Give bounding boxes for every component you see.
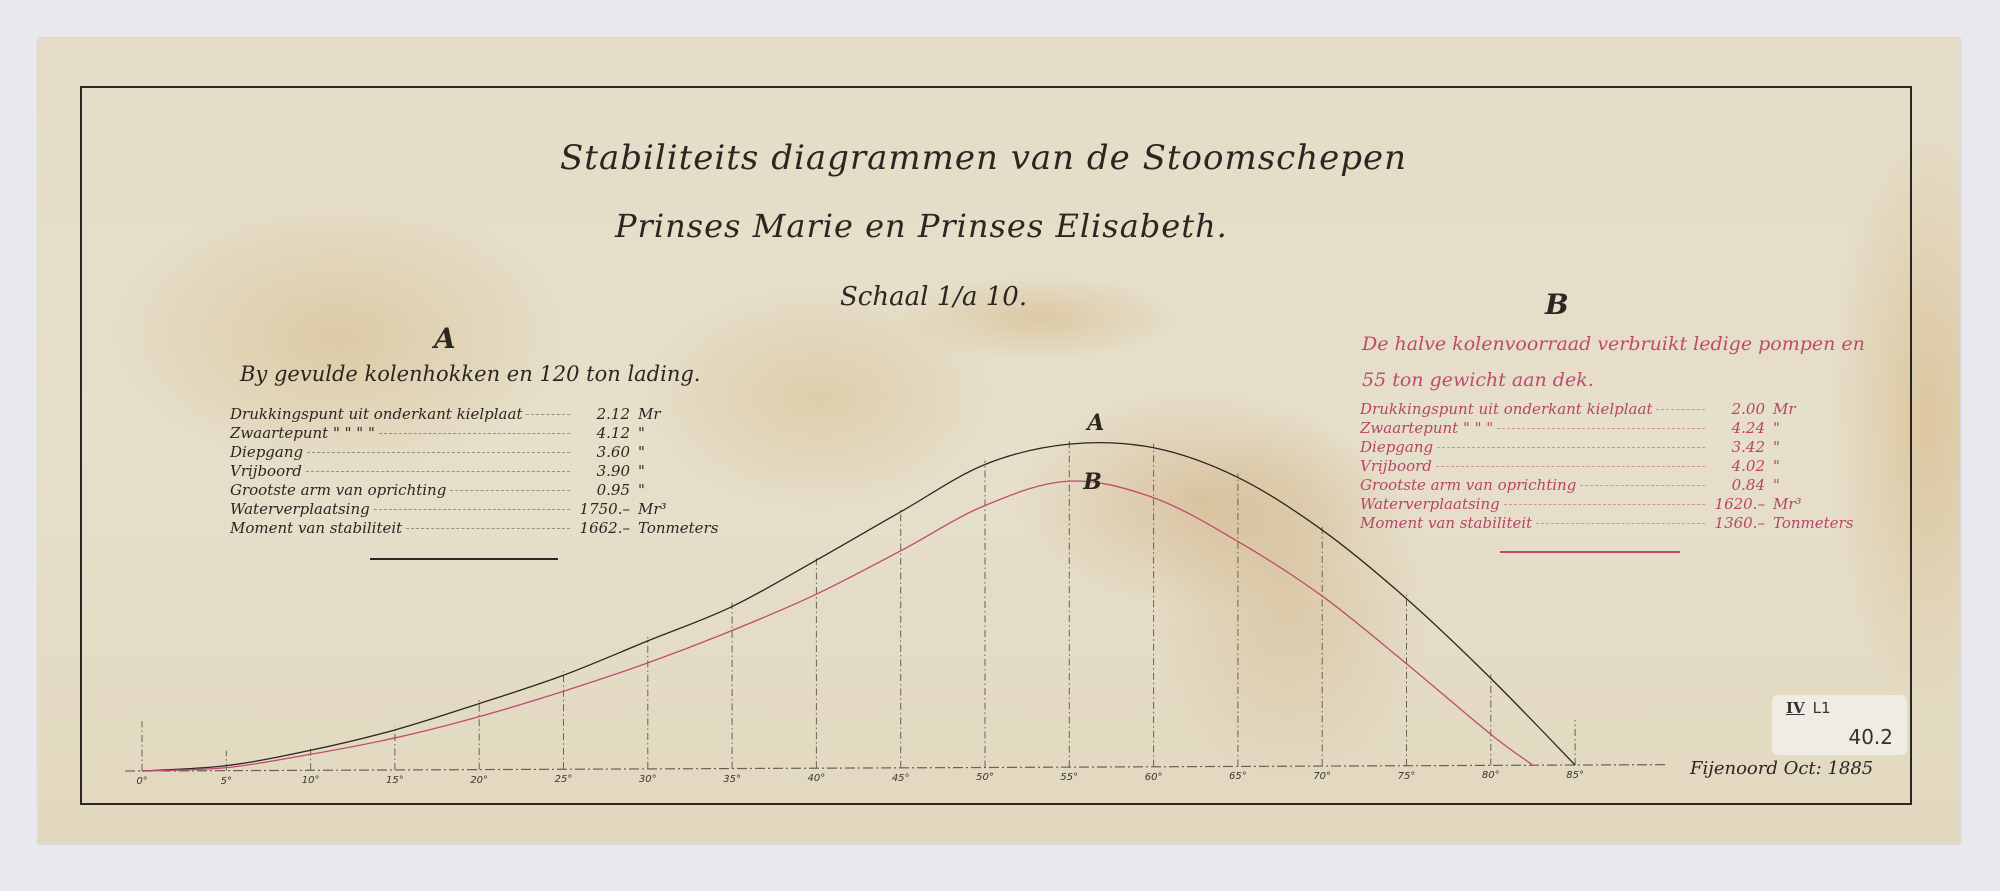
x-tick-label: 0°: [136, 776, 147, 787]
x-tick-label: 25°: [555, 774, 573, 785]
x-tick-label: 75°: [1398, 771, 1416, 782]
x-tick-label: 40°: [808, 773, 826, 784]
x-tick-label: 55°: [1060, 772, 1078, 783]
x-tick-label: 85°: [1566, 770, 1584, 781]
curve-a-label: A: [1087, 410, 1104, 436]
x-tick-label: 45°: [892, 773, 910, 784]
archive-label: IVL1 40.2: [1772, 695, 1907, 755]
x-tick-label: 65°: [1229, 771, 1247, 782]
x-tick-label: 10°: [302, 775, 320, 786]
x-tick-label: 30°: [639, 774, 657, 785]
x-tick-label: 15°: [386, 775, 404, 786]
curve-a: [142, 443, 1575, 771]
curve-b: [142, 481, 1533, 771]
x-tick-label: 20°: [470, 775, 488, 786]
signature-date: Fijenoord Oct: 1885: [1690, 758, 1873, 779]
x-tick-label: 70°: [1313, 771, 1331, 782]
x-tick-label: 35°: [723, 774, 741, 785]
x-tick-label: 50°: [976, 772, 994, 783]
archive-roman: IV: [1786, 699, 1805, 717]
x-tick-label: 80°: [1482, 770, 1500, 781]
x-tick-label: 5°: [221, 776, 232, 787]
curve-b-label: B: [1083, 469, 1102, 495]
archive-number: 40.2: [1848, 725, 1893, 749]
x-tick-label: 60°: [1145, 772, 1163, 783]
archive-code: L1: [1813, 699, 1831, 717]
